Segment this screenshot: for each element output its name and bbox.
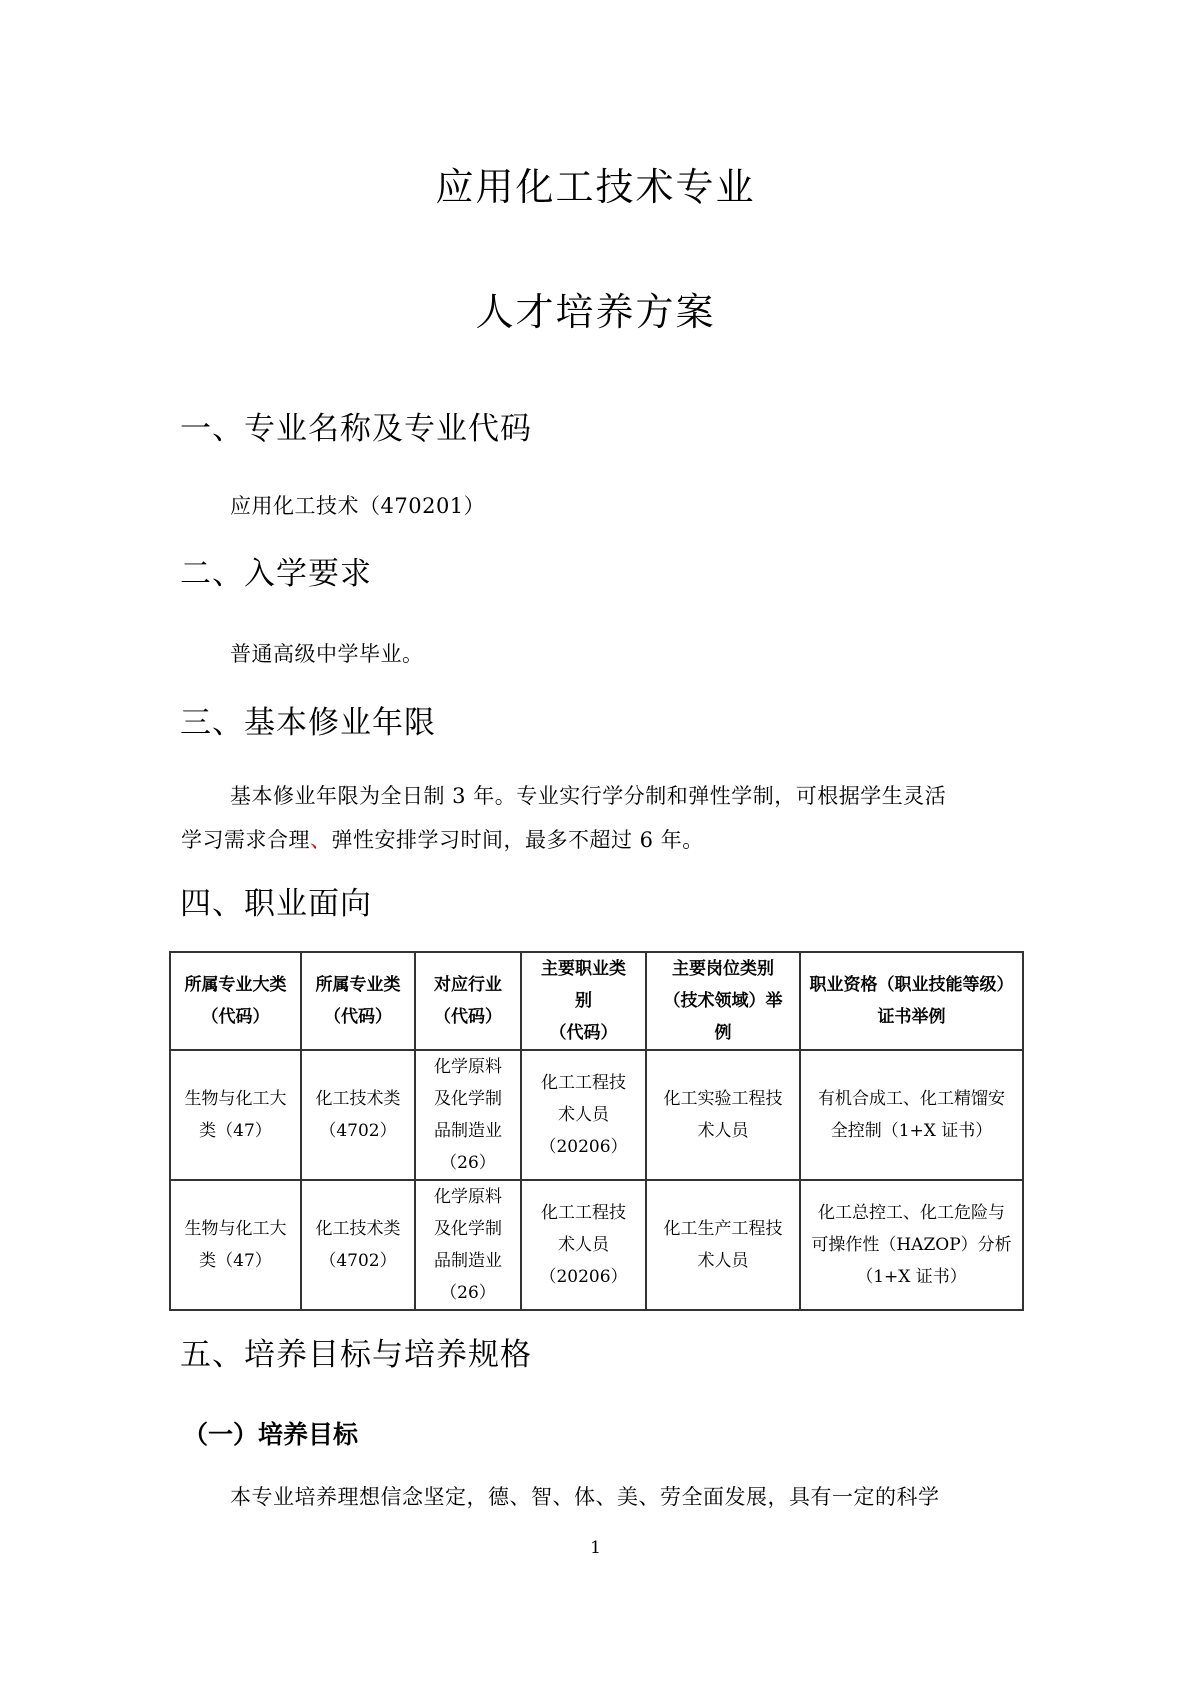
section-body-3-line1: 基本修业年限为全日制 3 年。专业实行学分制和弹性学制，可根据学生灵活 xyxy=(230,780,946,812)
header-cell: 主要职业类别（代码） xyxy=(521,952,646,1050)
header-cell: 职业资格（职业技能等级）证书举例 xyxy=(800,952,1023,1050)
section-body-2: 普通高级中学毕业。 xyxy=(230,638,424,670)
document-title-line1: 应用化工技术专业 xyxy=(0,162,1191,212)
page-number: 1 xyxy=(0,1538,1191,1558)
section-body-3-line2: 学习需求合理、弹性安排学习时间，最多不超过 6 年。 xyxy=(181,824,704,856)
table-cell: 化工技术类（4702） xyxy=(301,1180,415,1310)
header-cell: 所属专业大类（代码） xyxy=(170,952,301,1050)
red-punctuation: 、 xyxy=(310,828,332,852)
table-cell: 化工技术类（4702） xyxy=(301,1050,415,1180)
table-cell: 化学原料及化学制品制造业（26） xyxy=(415,1050,521,1180)
table-cell: 化学原料及化学制品制造业（26） xyxy=(415,1180,521,1310)
section-body-1: 应用化工技术（470201） xyxy=(230,490,485,522)
table-row: 生物与化工大类（47） 化工技术类（4702） 化学原料及化学制品制造业（26）… xyxy=(170,1050,1023,1180)
header-cell: 对应行业（代码） xyxy=(415,952,521,1050)
occupation-table: 所属专业大类（代码） 所属专业类（代码） 对应行业（代码） 主要职业类别（代码）… xyxy=(169,951,1024,1311)
header-cell: 主要岗位类别（技术领域）举例 xyxy=(646,952,800,1050)
table-cell: 化工生产工程技术人员 xyxy=(646,1180,800,1310)
section-heading-5: 五、培养目标与培养规格 xyxy=(180,1334,532,1376)
section-heading-3: 三、基本修业年限 xyxy=(180,702,436,744)
table-cell: 生物与化工大类（47） xyxy=(170,1050,301,1180)
header-cell: 所属专业类（代码） xyxy=(301,952,415,1050)
section-heading-4: 四、职业面向 xyxy=(180,883,372,925)
table-row: 生物与化工大类（47） 化工技术类（4702） 化学原料及化学制品制造业（26）… xyxy=(170,1180,1023,1310)
text-run: 学习需求合理 xyxy=(181,828,310,852)
table-cell: 化工总控工、化工危险与可操作性（HAZOP）分析（1+X 证书） xyxy=(800,1180,1023,1310)
table-cell: 化工实验工程技术人员 xyxy=(646,1050,800,1180)
section-body-5: 本专业培养理想信念坚定，德、智、体、美、劳全面发展，具有一定的科学 xyxy=(230,1481,940,1513)
subsection-heading: （一）培养目标 xyxy=(183,1417,358,1453)
table-header-row: 所属专业大类（代码） 所属专业类（代码） 对应行业（代码） 主要职业类别（代码）… xyxy=(170,952,1023,1050)
table-cell: 化工工程技术人员（20206） xyxy=(521,1180,646,1310)
document-title-line2: 人才培养方案 xyxy=(0,287,1191,337)
table-cell: 生物与化工大类（47） xyxy=(170,1180,301,1310)
section-heading-2: 二、入学要求 xyxy=(180,553,372,595)
table-cell: 化工工程技术人员（20206） xyxy=(521,1050,646,1180)
table-cell: 有机合成工、化工精馏安全控制（1+X 证书） xyxy=(800,1050,1023,1180)
document-page: 应用化工技术专业 人才培养方案 一、专业名称及专业代码 应用化工技术（47020… xyxy=(0,0,1191,1684)
text-run: 弹性安排学习时间，最多不超过 6 年。 xyxy=(332,828,704,852)
section-heading-1: 一、专业名称及专业代码 xyxy=(180,408,532,450)
